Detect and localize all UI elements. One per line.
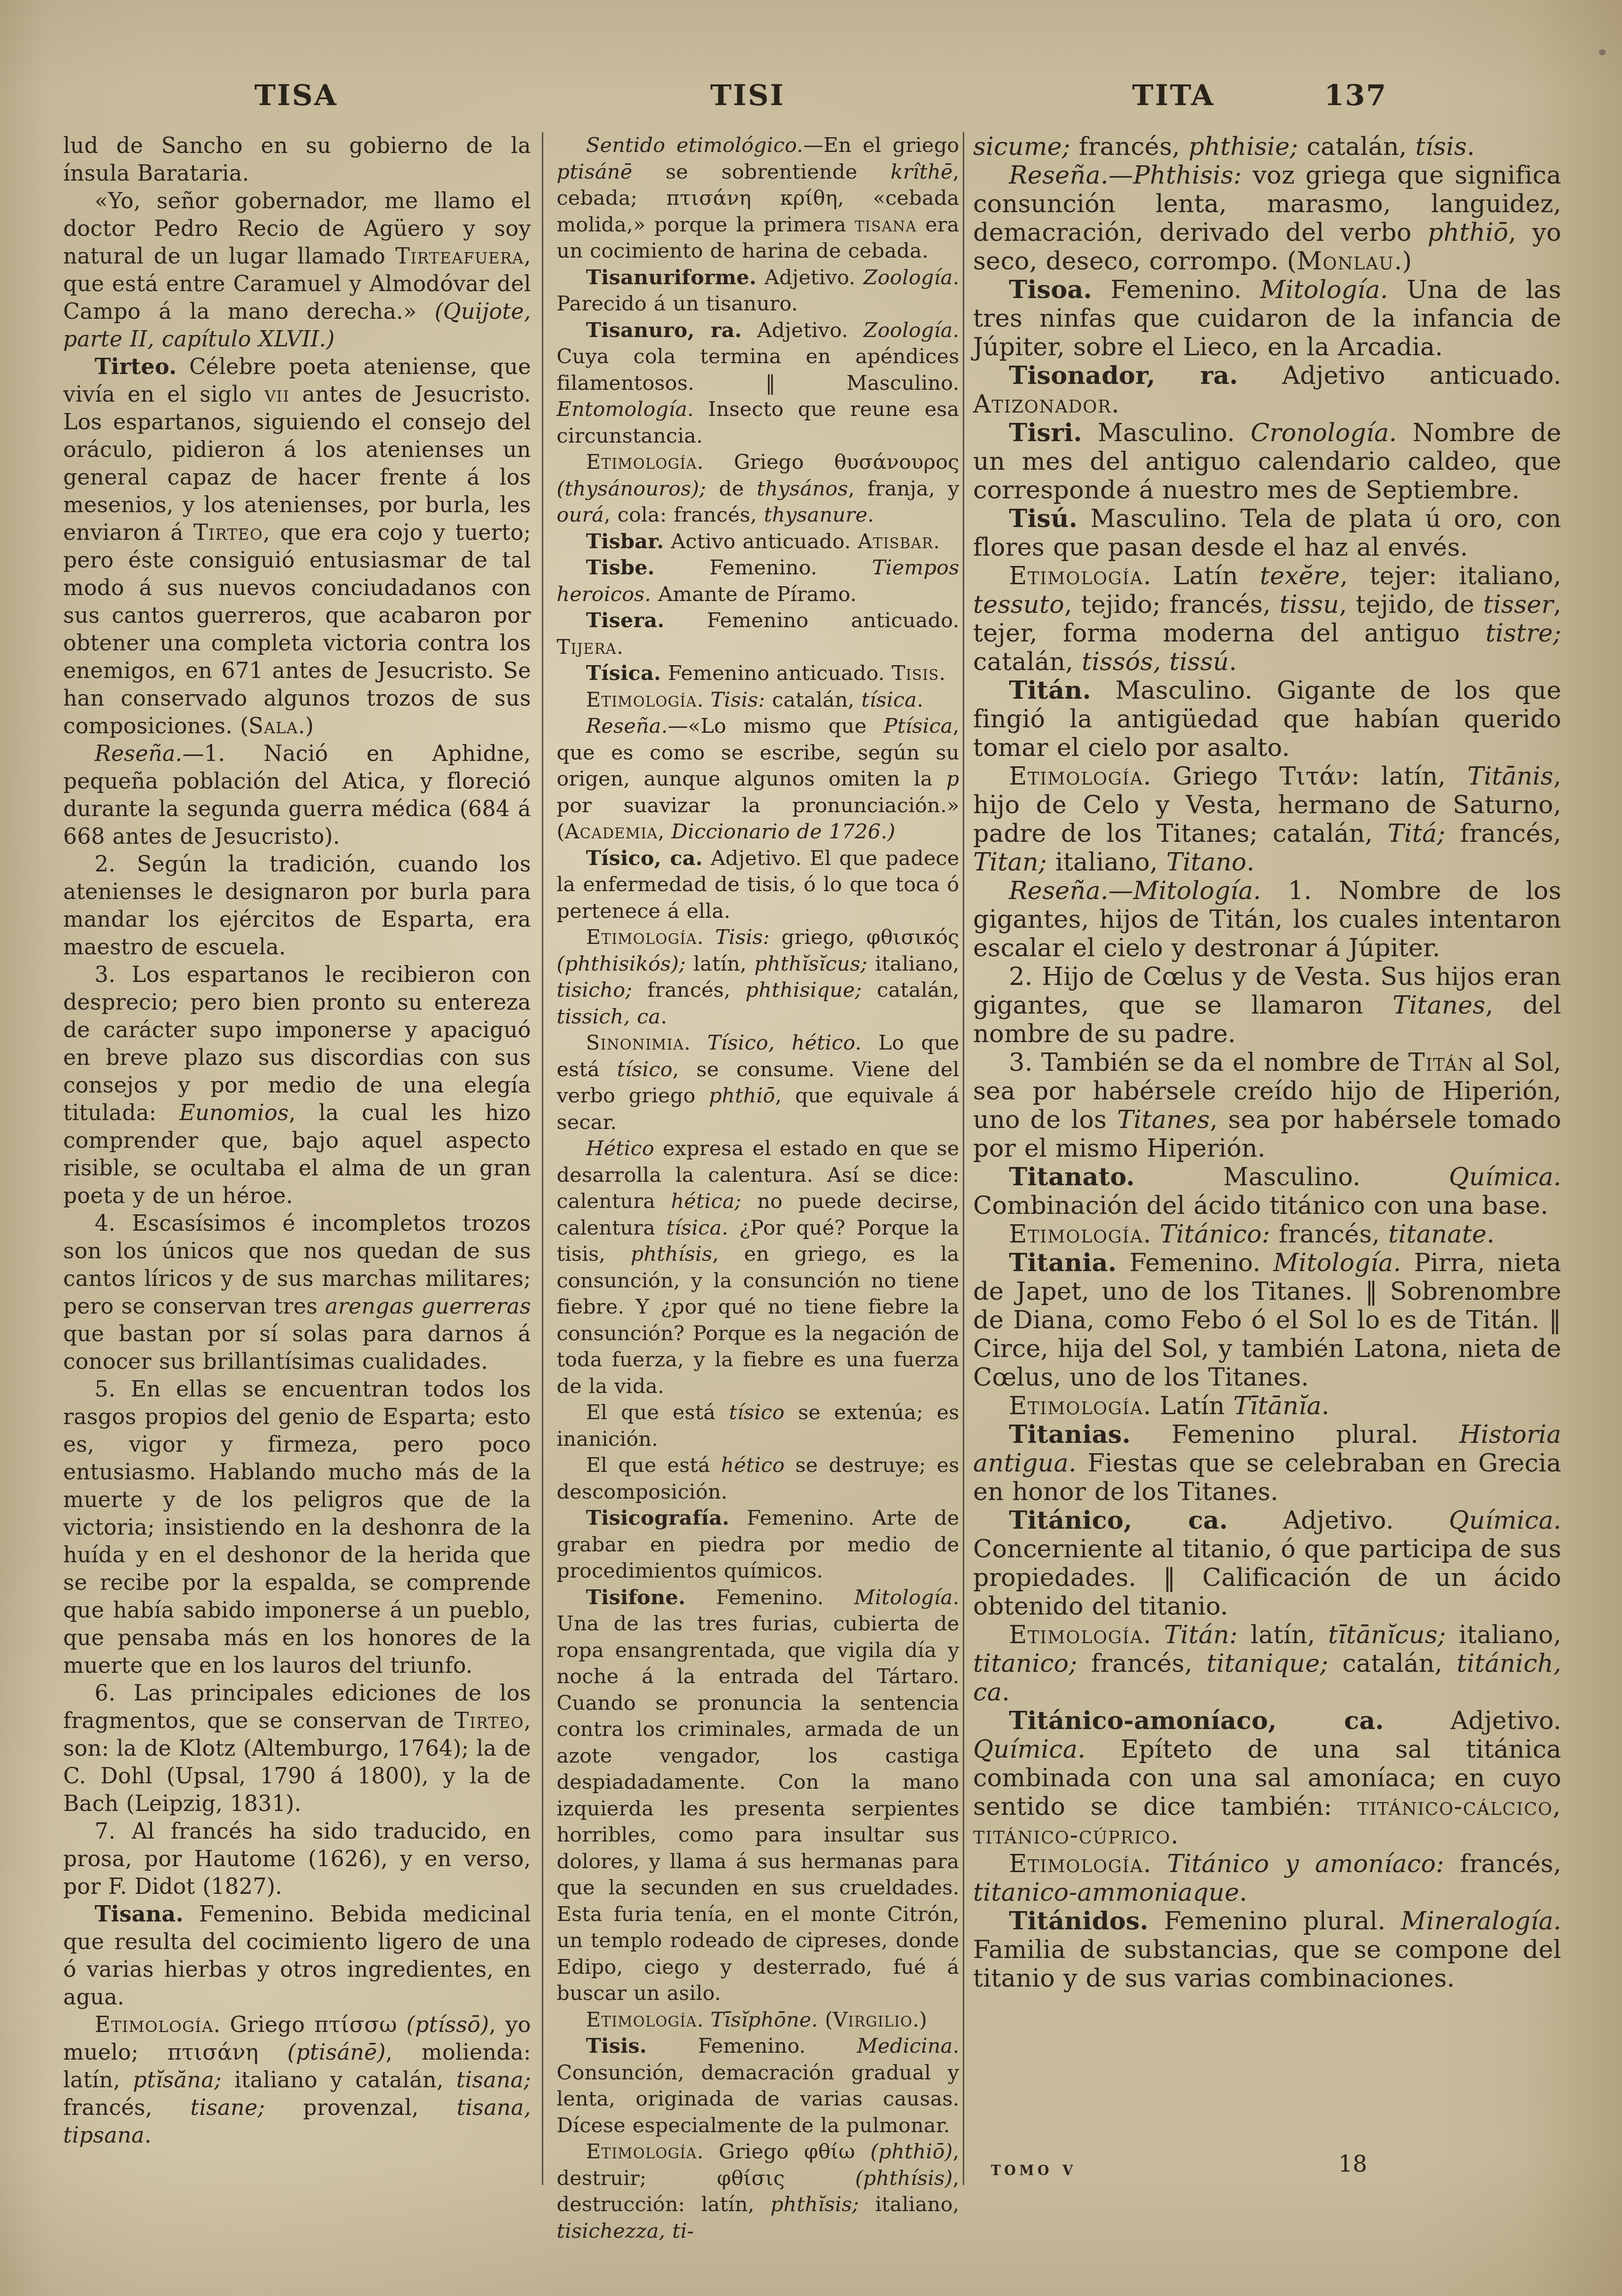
running-head-center: TISI xyxy=(710,81,785,110)
paragraph: Tisbar. Activo anticuado. Atisbar. xyxy=(557,528,959,555)
paragraph: Tirteo. Célebre poeta ateniense, que viv… xyxy=(63,353,531,740)
paragraph: 2. Según la tradición, cuando los atenie… xyxy=(63,851,531,961)
paragraph: Titánico, ca. Adjetivo. Química. Concern… xyxy=(973,1506,1561,1620)
paragraph: 5. En ellas se encuentran todos los rasg… xyxy=(63,1376,531,1680)
paragraph: Etimología. Titán: latín, tītānĭcus; ita… xyxy=(973,1620,1561,1706)
paragraph: Tisana. Femenino. Bebida medicinal que r… xyxy=(63,1901,531,2011)
paragraph: Etimología. Tisis: griego, φθισικός (pht… xyxy=(557,924,959,1030)
paragraph: Tisanuro, ra. Adjetivo. Zoología. Cuya c… xyxy=(557,317,959,450)
running-head-left: TISA xyxy=(254,81,338,110)
paragraph: Etimología. Titánico y amoníaco: francés… xyxy=(973,1849,1561,1907)
running-head-right: TITA xyxy=(1132,81,1214,110)
paragraph: Tisifone. Femenino. Mitología. Una de la… xyxy=(557,1584,959,2007)
paragraph: Tisera. Femenino anticuado. Tijera. xyxy=(557,607,959,660)
column-rule-2 xyxy=(963,132,964,2185)
paragraph: Tisonador, ra. Adjetivo anticuado. Atizo… xyxy=(973,361,1561,418)
paragraph: 3. También se da el nombre de Titán al S… xyxy=(973,1048,1561,1163)
paragraph: Tisanuriforme. Adjetivo. Zoología. Parec… xyxy=(557,264,959,317)
paragraph: sicume; francés, phthisie; catalán, tísi… xyxy=(973,132,1561,161)
paragraph: Reseña.—«Lo mismo que Ptísica, que es co… xyxy=(557,713,959,845)
paragraph: Reseña.—1. Nació en Aphidne, pequeña pob… xyxy=(63,740,531,851)
paragraph: «Yo, señor gobernador, me llamo el docto… xyxy=(63,188,531,353)
paragraph: Tisri. Masculino. Cronología. Nombre de … xyxy=(973,418,1561,504)
paragraph: lud de Sancho en su gobierno de la ínsul… xyxy=(63,132,531,188)
paragraph: 7. Al francés ha sido traducido, en pros… xyxy=(63,1818,531,1901)
paragraph: 3. Los espartanos le recibieron con desp… xyxy=(63,961,531,1210)
paragraph: Tisicografía. Femenino. Arte de grabar e… xyxy=(557,1505,959,1584)
paragraph: Etimología. Griego πτίσσω (ptíssō), yo m… xyxy=(63,2011,531,2149)
paragraph: 6. Las principales ediciones de los frag… xyxy=(63,1680,531,1818)
paragraph: Titania. Femenino. Mitología. Pirra, nie… xyxy=(973,1248,1561,1392)
paragraph: Titanias. Femenino plural. Historia anti… xyxy=(973,1420,1561,1506)
column-rule-1 xyxy=(542,132,543,2185)
paragraph: Sinonimia. Tísico, hético. Lo que está t… xyxy=(557,1030,959,1135)
text-column-2: Sentido etimológico.—En el griego ptisán… xyxy=(557,132,959,2244)
paragraph: El que está tísico se extenúa; es inanic… xyxy=(557,1399,959,1452)
paragraph: Etimología. Latín Tītānĭa. xyxy=(973,1392,1561,1420)
paragraph: El que está hético se destruye; es desco… xyxy=(557,1452,959,1505)
page-number: 137 xyxy=(1324,81,1387,110)
paragraph: Tisú. Masculino. Tela de plata ú oro, co… xyxy=(973,504,1561,562)
paragraph: Titánico-amoníaco, ca. Adjetivo. Química… xyxy=(973,1706,1561,1849)
paragraph: Etimología. Griego Τιτάν: latín, Titānis… xyxy=(973,762,1561,876)
paper-speck xyxy=(1599,49,1606,55)
text-column-3: sicume; francés, phthisie; catalán, tísi… xyxy=(973,132,1561,1993)
paper-speck xyxy=(1511,1431,1515,1435)
scanned-dictionary-page: { "paper_color": "#c9bc9d", "ink_color":… xyxy=(0,0,1622,2296)
paragraph: 2. Hijo de Cœlus y de Vesta. Sus hijos e… xyxy=(973,962,1561,1048)
paragraph: Tisis. Femenino. Medicina. Consunción, d… xyxy=(557,2033,959,2139)
footer-signature-number: 18 xyxy=(1338,2150,1367,2177)
paragraph: Sentido etimológico.—En el griego ptisán… xyxy=(557,132,959,264)
paragraph: Etimología. Griego θυσάνουρος (thysánour… xyxy=(557,449,959,528)
paragraph: Tísica. Femenino anticuado. Tisis. xyxy=(557,660,959,687)
footer-volume: tomo v xyxy=(991,2157,1076,2180)
paragraph: Etimología. Latín texĕre, tejer: italian… xyxy=(973,562,1561,676)
paragraph: Titánidos. Femenino plural. Mineralogía.… xyxy=(973,1907,1561,1993)
paragraph: Reseña.—Phthisis: voz griega que signifi… xyxy=(973,161,1561,275)
text-column-1: lud de Sancho en su gobierno de la ínsul… xyxy=(63,132,531,2149)
paragraph: Etimología. Tīsĭphōne. (Virgilio.) xyxy=(557,2007,959,2033)
paragraph: Tisoa. Femenino. Mitología. Una de las t… xyxy=(973,275,1561,361)
paragraph: Titanato. Masculino. Química. Combinació… xyxy=(973,1163,1561,1220)
paragraph: Titán. Masculino. Gigante de los que fin… xyxy=(973,676,1561,762)
paragraph: Etimología. Tisis: catalán, tísica. xyxy=(557,687,959,714)
paragraph: Tísico, ca. Adjetivo. El que padece la e… xyxy=(557,845,959,925)
paragraph: 4. Escasísimos é incompletos trozos son … xyxy=(63,1210,531,1376)
paragraph: Reseña.—Mitología. 1. Nombre de los giga… xyxy=(973,876,1561,962)
paragraph: Tisbe. Femenino. Tiempos heroicos. Amant… xyxy=(557,555,959,607)
paragraph: Hético expresa el estado en que se desar… xyxy=(557,1135,959,1399)
paragraph: Etimología. Griego φθίω (phthiō), destru… xyxy=(557,2139,959,2244)
paragraph: Etimología. Titánico: francés, titanate. xyxy=(973,1220,1561,1248)
